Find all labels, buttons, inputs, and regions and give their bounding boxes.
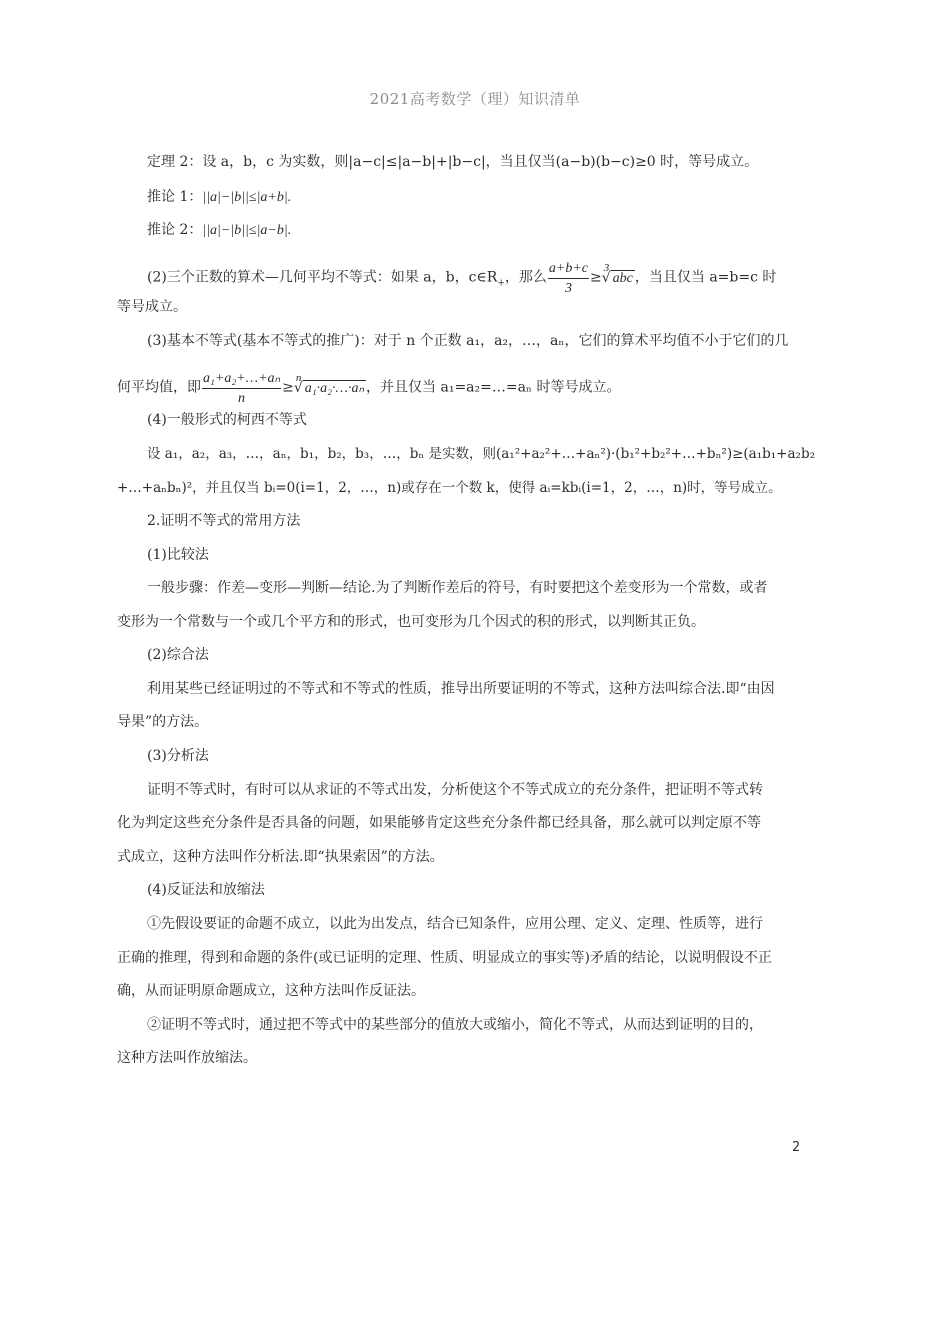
item-3-line-2: 何平均值，即a₁+a₂+…+aₙn≥n√a₁·a₂·…·aₙ，并且仅当 a₁=a…: [117, 368, 817, 407]
item-3-line-1: (3)基本不等式(基本不等式的推广)：对于 n 个正数 a₁，a₂，…，aₙ，它…: [147, 331, 847, 351]
method-2-line-2: 导果”的方法。: [117, 712, 817, 732]
item-3-fraction: a₁+a₂+…+aₙn: [202, 370, 281, 409]
method-3-title: (3)分析法: [147, 746, 847, 766]
method-4-p1-line-3: 确，从而证明原命题成立，这种方法叫作反证法。: [117, 981, 817, 1001]
item-4-title: (4)一般形式的柯西不等式: [147, 410, 847, 430]
method-3-line-3: 式成立，这种方法叫作分析法.即“执果索因”的方法。: [117, 847, 817, 867]
method-1-line-1: 一般步骤：作差—变形—判断—结论.为了判断作差后的符号，有时要把这个差变形为一个…: [147, 578, 847, 598]
theorem-2: 定理 2：设 a，b，c 为实数，则|a−c|≤|a−b|+|b−c|，当且仅当…: [147, 152, 847, 172]
item-3-prefix: 何平均值，即: [117, 380, 201, 396]
theorem-2-text: 设 a，b，c 为实数，则|a−c|≤|a−b|+|b−c|，当且仅当(a−b)…: [202, 154, 758, 170]
root-index: 3: [604, 258, 610, 278]
root-radicand: abc: [611, 270, 635, 286]
method-4-title: (4)反证法和放缩法: [147, 880, 847, 900]
fraction-numerator: a+b+c: [548, 260, 589, 279]
item-2-middle: ，那么: [505, 270, 547, 286]
item-2-sub: +: [497, 278, 505, 288]
item-2-line-1: (2)三个正数的算术—几何平均不等式：如果 a，b，c∈R+，那么a+b+c3≥…: [147, 258, 847, 297]
corollary-2-text: ||a|−|b||≤|a−b|.: [202, 223, 291, 238]
item-2-fraction: a+b+c3: [548, 260, 589, 299]
fraction-denominator: n: [202, 389, 281, 409]
item-2-prefix: (2)三个正数的算术—几何平均不等式：如果 a，b，c∈R: [147, 270, 497, 286]
theorem-2-label: 定理 2：: [147, 154, 202, 170]
method-2-title: (2)综合法: [147, 645, 847, 665]
page-header-title: 2021高考数学（理）知识清单: [0, 88, 950, 109]
method-4-p1-line-2: 正确的推理，得到和命题的条件(或已证明的定理、性质、明显成立的事实等)矛盾的结论…: [117, 948, 817, 968]
root-index: n: [296, 368, 302, 388]
method-2-line-1: 利用某些已经证明过的不等式和不等式的性质，推导出所要证明的不等式，这种方法叫综合…: [147, 679, 847, 699]
corollary-2: 推论 2：||a|−|b||≤|a−b|.: [147, 220, 847, 241]
item-3-suffix: ，并且仅当 a₁=a₂=…=aₙ 时等号成立。: [366, 380, 620, 396]
fraction-denominator: 3: [548, 279, 589, 299]
corollary-1-text: ||a|−|b||≤|a+b|.: [202, 190, 291, 205]
page-number: 2: [792, 1140, 800, 1155]
method-4-p1-line-1: ①先假设要证的命题不成立，以此为出发点，结合已知条件，应用公理、定义、定理、性质…: [147, 914, 847, 934]
corollary-1: 推论 1：||a|−|b||≤|a+b|.: [147, 187, 847, 208]
method-3-line-2: 化为判定这些充分条件是否具备的问题，如果能够肯定这些充分条件都已经具备，那么就可…: [117, 813, 817, 833]
item-4-line-2: +…+aₙbₙ)²，并且仅当 bᵢ=0(i=1，2，…，n)或存在一个数 k，使…: [117, 478, 817, 498]
root-radicand: a₁·a₂·…·aₙ: [303, 380, 366, 396]
corollary-1-label: 推论 1：: [147, 189, 202, 205]
method-3-line-1: 证明不等式时，有时可以从求证的不等式出发，分析使这个不等式成立的充分条件，把证明…: [147, 780, 847, 800]
item-2-line-2: 等号成立。: [117, 297, 817, 317]
method-4-p2-line-2: 这种方法叫作放缩法。: [117, 1048, 817, 1068]
item-2-suffix: ，当且仅当 a=b=c 时: [635, 270, 777, 286]
section-2-title: 2.证明不等式的常用方法: [147, 511, 847, 531]
method-1-title: (1)比较法: [147, 545, 847, 565]
corollary-2-label: 推论 2：: [147, 222, 202, 238]
fraction-numerator: a₁+a₂+…+aₙ: [202, 370, 281, 389]
item-3-nth-root: n√a₁·a₂·…·aₙ: [294, 378, 366, 399]
item-2-cube-root: 3√abc: [602, 268, 635, 289]
method-4-p2-line-1: ②证明不等式时，通过把不等式中的某些部分的值放大或缩小，简化不等式，从而达到证明…: [147, 1015, 847, 1035]
method-1-line-2: 变形为一个常数与一个或几个平方和的形式，也可变形为几个因式的积的形式，以判断其正…: [117, 612, 817, 632]
item-4-line-1: 设 a₁，a₂，a₃，…，aₙ，b₁，b₂，b₃，…，bₙ 是实数，则(a₁²+…: [147, 444, 847, 464]
